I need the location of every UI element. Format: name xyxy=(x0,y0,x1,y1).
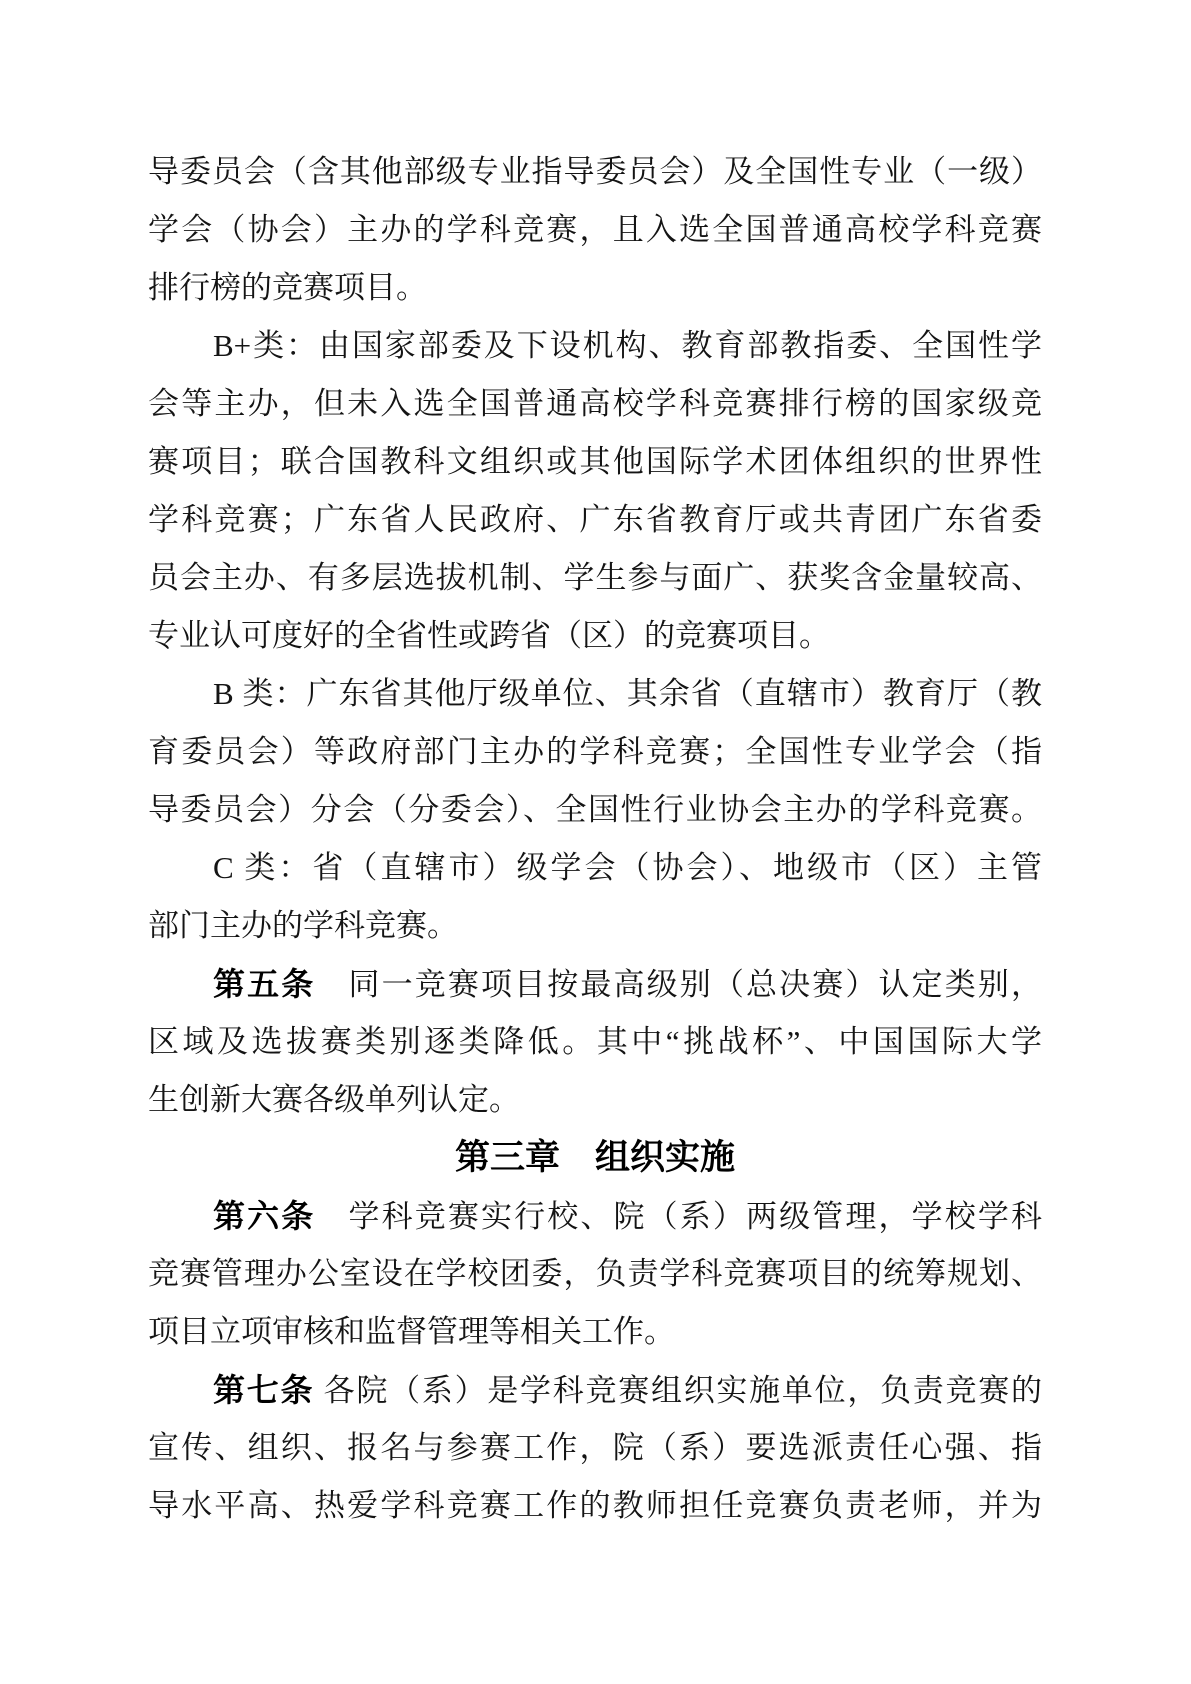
text-line: 第五条 同一竞赛项目按最高级别（总决赛）认定类别， xyxy=(148,955,1042,1013)
text-line: 竞赛管理办公室设在学校团委，负责学科竞赛项目的统筹规划、 xyxy=(148,1245,1042,1303)
text-line: 宣传、组织、报名与参赛工作，院（系）要选派责任心强、指 xyxy=(148,1419,1042,1477)
article-number: 第五条 xyxy=(213,966,315,1002)
text-line: 第七条 各院（系）是学科竞赛组织实施单位，负责竞赛的 xyxy=(148,1361,1042,1419)
line-text: 各院（系）是学科竞赛组织实施单位，负责竞赛的 xyxy=(314,1373,1042,1408)
text-line: 赛项目；联合国教科文组织或其他国际学术团体组织的世界性 xyxy=(148,433,1042,491)
text-line: 排行榜的竞赛项目。 xyxy=(148,259,1042,317)
text-line: 员会主办、有多层选拔机制、学生参与面广、获奖含金量较高、 xyxy=(148,549,1042,607)
text-line: 生创新大赛各级单列认定。 xyxy=(148,1071,1042,1129)
line-text: 同一竞赛项目按最高级别（总决赛）认定类别， xyxy=(315,967,1042,1002)
text-line: B+类：由国家部委及下设机构、教育部教指委、全国性学 xyxy=(148,317,1042,375)
text-line: 学会（协会）主办的学科竞赛，且入选全国普通高校学科竞赛 xyxy=(148,201,1042,259)
text-line: B 类：广东省其他厅级单位、其余省（直辖市）教育厅（教 xyxy=(148,665,1042,723)
chapter-heading: 第三章 组织实施 xyxy=(148,1129,1042,1187)
text-line: 导委员会）分会（分委会）、全国性行业协会主办的学科竞赛。 xyxy=(148,781,1042,839)
text-line: 专业认可度好的全省性或跨省（区）的竞赛项目。 xyxy=(148,607,1042,665)
text-line: 导委员会（含其他部级专业指导委员会）及全国性专业（一级） xyxy=(148,143,1042,201)
text-line: 学科竞赛；广东省人民政府、广东省教育厅或共青团广东省委 xyxy=(148,491,1042,549)
document-page: 导委员会（含其他部级专业指导委员会）及全国性专业（一级）学会（协会）主办的学科竞… xyxy=(0,0,1191,1684)
text-line: 区域及选拔赛类别逐类降低。其中“挑战杯”、中国国际大学 xyxy=(148,1013,1042,1071)
text-line: 部门主办的学科竞赛。 xyxy=(148,897,1042,955)
text-line: 育委员会）等政府部门主办的学科竞赛；全国性专业学会（指 xyxy=(148,723,1042,781)
text-line: 会等主办，但未入选全国普通高校学科竞赛排行榜的国家级竞 xyxy=(148,375,1042,433)
line-text: 学科竞赛实行校、院（系）两级管理，学校学科 xyxy=(315,1199,1042,1234)
text-line: 导水平高、热爱学科竞赛工作的教师担任竞赛负责老师，并为 xyxy=(148,1477,1042,1535)
article-number: 第六条 xyxy=(213,1198,315,1234)
text-line: C 类：省（直辖市）级学会（协会）、地级市（区）主管 xyxy=(148,839,1042,897)
document-body: 导委员会（含其他部级专业指导委员会）及全国性专业（一级）学会（协会）主办的学科竞… xyxy=(148,143,1042,1535)
article-number: 第七条 xyxy=(213,1372,314,1408)
text-line: 项目立项审核和监督管理等相关工作。 xyxy=(148,1303,1042,1361)
text-line: 第六条 学科竞赛实行校、院（系）两级管理，学校学科 xyxy=(148,1187,1042,1245)
